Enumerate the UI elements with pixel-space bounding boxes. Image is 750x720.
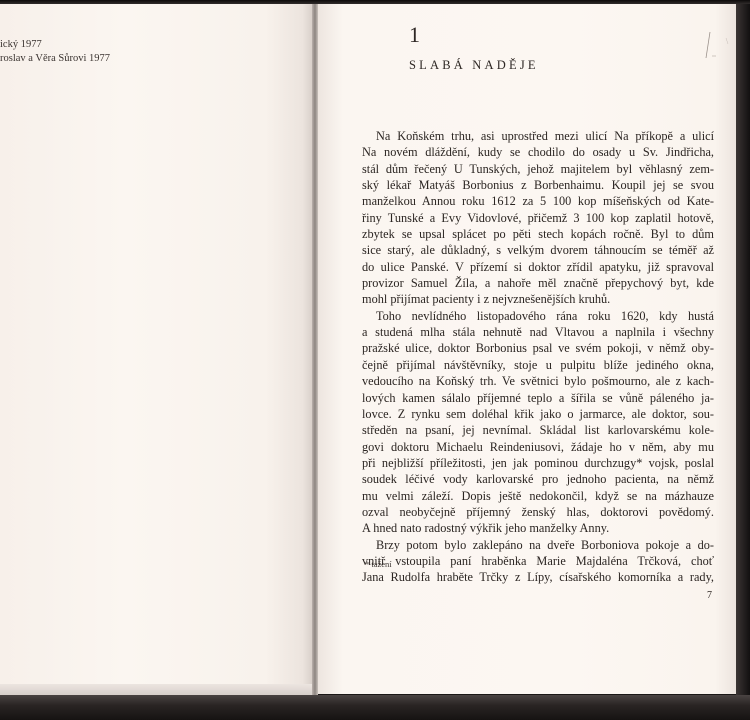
text-line: do ulice Panské. V přízemí si doktor zří… [362,259,714,275]
pencil-mark-icon [702,28,732,68]
text-line: lových kamen sálalo příjemné teplo a šíř… [362,390,714,406]
text-line: ský lékař Matyáš Borbonius z Borbenhaimu… [362,177,714,193]
text-line: provizor Samuel Žíla, a nahoře měl značn… [362,275,714,291]
text-line: středěn na psaní, jej nevnímal. Skládal … [362,422,714,438]
text-line: při nejbližší příležitosti, jen jak pomi… [362,455,714,471]
book-right-edge [736,4,750,696]
text-line: a studená mlha stála nehnutě nad Vltavou… [362,324,714,340]
text-line: lovce. Z rynku sem doléhal křik jako o j… [362,406,714,422]
text-line: mohl přijímat pacienty i z nejvznešenějš… [362,291,714,307]
text-line: manželkou Annou roku 1612 za 5 100 kop m… [362,193,714,209]
text-line: ozval neobyčejně příjemný ženský hlas, d… [362,504,714,520]
text-line: zbytek se upsal splácet po pěti stech ko… [362,226,714,242]
chapter-number: 1 [409,22,420,48]
text-line: vedoucího na Koňský trh. Ve světnici byl… [362,373,714,389]
text-line: Jana Rudolfa hraběte Trčky z Lípy, císař… [362,569,714,585]
book-bottom-edge [0,695,750,720]
imprint-text: ický 1977 roslav a Věra Sůrovi 1977 [0,38,110,66]
text-line: govi doktoru Michaelu Reindeniusovi, žád… [362,439,714,455]
text-line: sice starý, ale důkladný, s velkým dvore… [362,242,714,258]
footnote: * tažení [365,559,392,569]
chapter-title: SLABÁ NADĚJE [409,58,539,73]
page-edge-strip [0,684,312,695]
imprint-line: roslav a Věra Sůrovi 1977 [0,52,110,66]
text-line: Na Koňském trhu, asi uprostřed mezi ulic… [362,128,714,144]
text-line: řiny Tunské a Evy Vidovlové, přičemž 3 1… [362,210,714,226]
text-line: pražské ulice, doktor Borbonius psal ve … [362,340,714,356]
text-line: Na novém dláždění, kudy se chodilo do os… [362,144,714,160]
text-line: Brzy potom bylo zaklepáno na dveře Borbo… [362,537,714,553]
page-number: 7 [707,590,712,601]
text-line: mu velmi záleží. Dopis ještě nedokončil,… [362,488,714,504]
text-line: A hned nato radostný výkřik jeho manželk… [362,520,714,536]
text-line: soudek léčivé vody karlovarské pro jedno… [362,471,714,487]
text-line: stál dům řečený U Tunských, jehož majite… [362,161,714,177]
chapter-body: Na Koňském trhu, asi uprostřed mezi ulic… [362,128,714,586]
text-line: čejně přijímal návštěvníky, stoje u pulp… [362,357,714,373]
left-page: ický 1977 roslav a Věra Sůrovi 1977 [0,4,312,695]
imprint-line: ický 1977 [0,38,110,52]
text-line: Toho nevlídného listopadového rána roku … [362,308,714,324]
text-line: vnitř vstoupila paní hraběnka Marie Majd… [362,553,714,569]
